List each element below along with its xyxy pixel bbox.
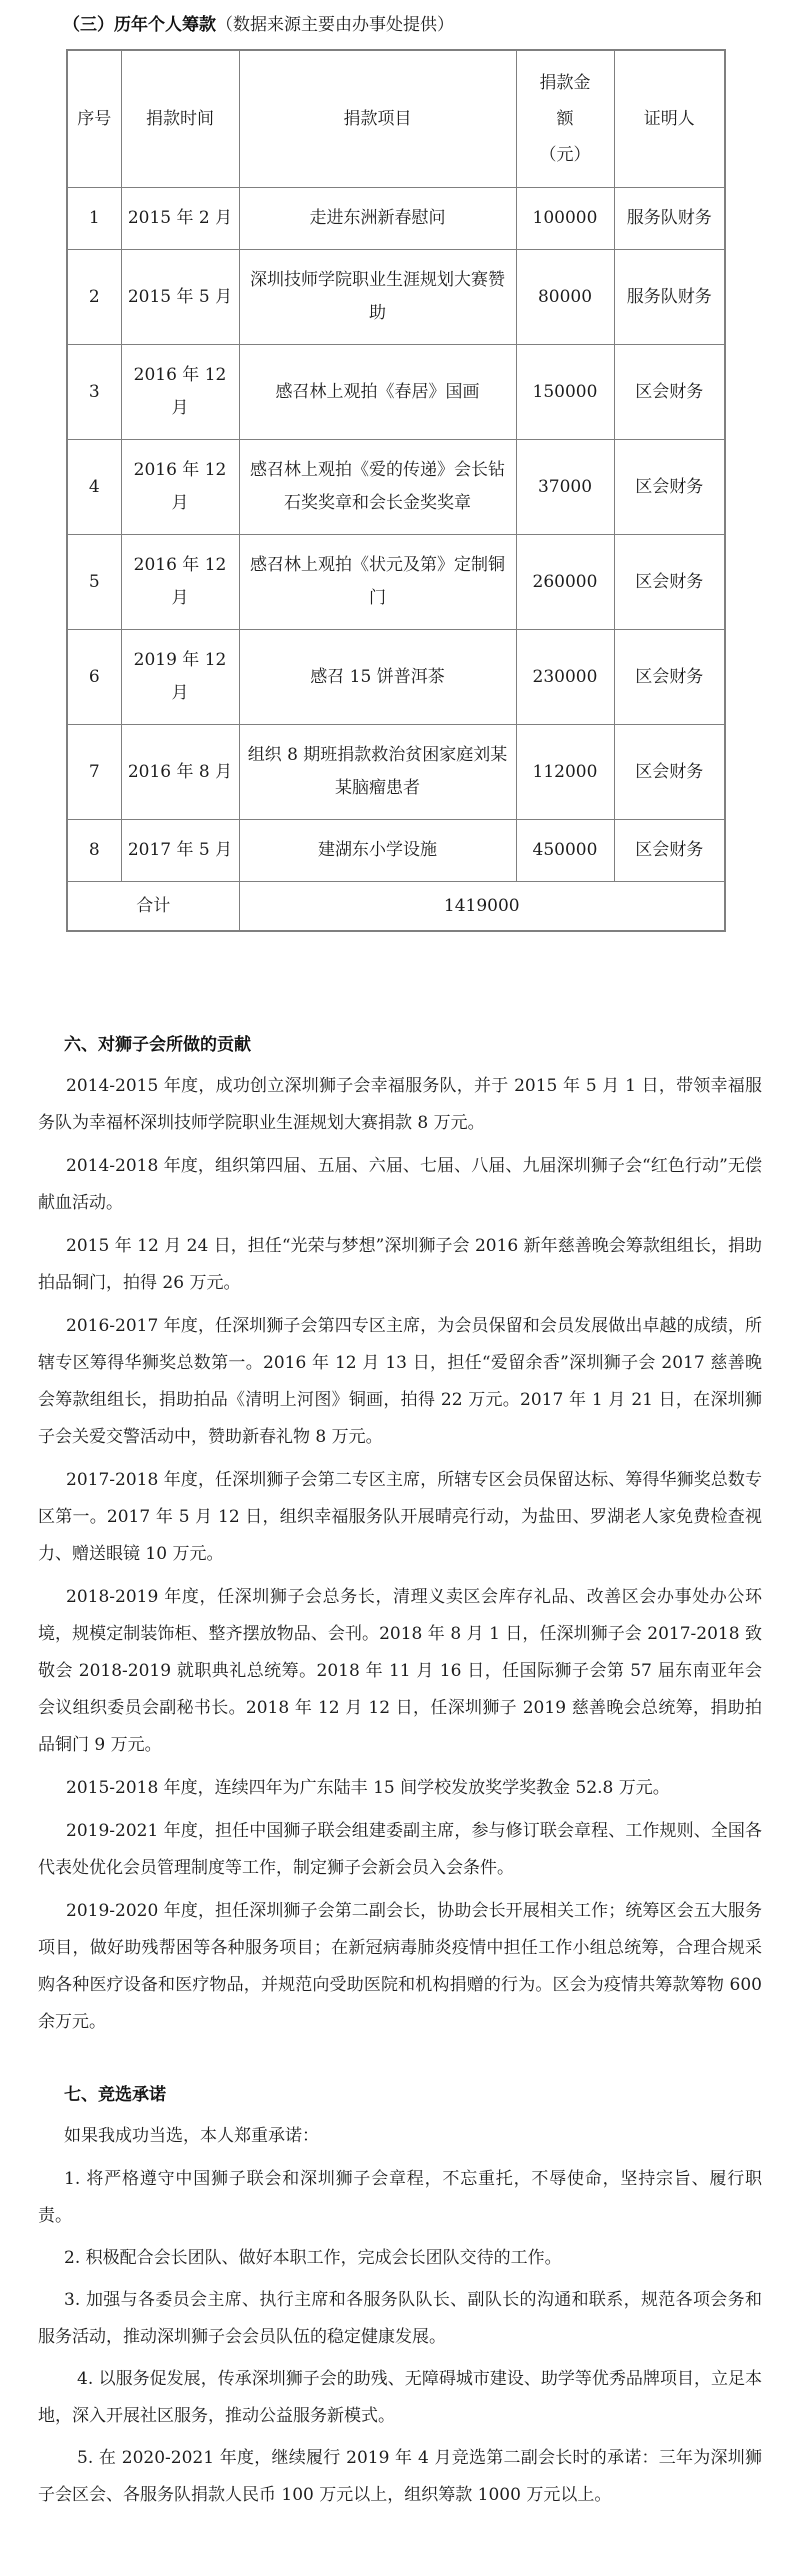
cell-index: 8 xyxy=(67,820,121,882)
cell-witness: 区会财务 xyxy=(614,345,725,440)
promise-intro: 如果我成功当选，本人郑重承诺： xyxy=(38,2118,762,2155)
cell-project: 感召林上观拍《状元及第》定制铜门 xyxy=(239,535,516,630)
cell-time: 2015 年 5 月 xyxy=(121,250,239,345)
section3-title-bold: （三）历年个人筹款 xyxy=(63,15,216,35)
cell-time: 2016 年 8 月 xyxy=(121,725,239,820)
cell-witness: 服务队财务 xyxy=(614,250,725,345)
document-page: （三）历年个人筹款（数据来源主要由办事处提供） 序号 捐款时间 捐款项目 捐款金… xyxy=(0,0,800,2549)
cell-index: 3 xyxy=(67,345,121,440)
cell-project: 感召林上观拍《爱的传递》会长钻石奖奖章和会长金奖奖章 xyxy=(239,440,516,535)
section6-heading: 六、对狮子会所做的贡献 xyxy=(38,1027,762,1064)
cell-time: 2016 年 12 月 xyxy=(121,440,239,535)
cell-project: 感召 15 饼普洱茶 xyxy=(239,630,516,725)
table-header-row: 序号 捐款时间 捐款项目 捐款金额 （元） 证明人 xyxy=(67,50,725,188)
cell-amount: 37000 xyxy=(516,440,614,535)
cell-index: 1 xyxy=(67,188,121,250)
table-row: 6 2019 年 12 月 感召 15 饼普洱茶 230000 区会财务 xyxy=(67,630,725,725)
section-promises: 七、竞选承诺 如果我成功当选，本人郑重承诺： 1. 将严格遵守中国狮子联会和深圳… xyxy=(38,2077,762,2514)
cell-amount: 100000 xyxy=(516,188,614,250)
section-contributions: 六、对狮子会所做的贡献 2014-2015 年度，成功创立深圳狮子会幸福服务队，… xyxy=(38,1027,762,2041)
contrib-paragraph: 2014-2018 年度，组织第四届、五届、六届、七届、八届、九届深圳狮子会“红… xyxy=(38,1148,762,1222)
cell-amount: 150000 xyxy=(516,345,614,440)
header-amount: 捐款金额 （元） xyxy=(516,50,614,188)
header-witness: 证明人 xyxy=(614,50,725,188)
table-row: 2 2015 年 5 月 深圳技师学院职业生涯规划大赛赞助 80000 服务队财… xyxy=(67,250,725,345)
contrib-paragraph: 2016-2017 年度，任深圳狮子会第四专区主席，为会员保留和会员发展做出卓越… xyxy=(38,1308,762,1456)
header-time: 捐款时间 xyxy=(121,50,239,188)
promise-item: 2. 积极配合会长团队、做好本职工作，完成会长团队交待的工作。 xyxy=(38,2240,762,2277)
header-project: 捐款项目 xyxy=(239,50,516,188)
cell-witness: 区会财务 xyxy=(614,630,725,725)
table-row: 5 2016 年 12 月 感召林上观拍《状元及第》定制铜门 260000 区会… xyxy=(67,535,725,630)
section7-heading: 七、竞选承诺 xyxy=(38,2077,762,2114)
cell-amount: 230000 xyxy=(516,630,614,725)
table-row: 3 2016 年 12 月 感召林上观拍《春居》国画 150000 区会财务 xyxy=(67,345,725,440)
total-label: 合计 xyxy=(67,882,239,932)
contrib-paragraph: 2018-2019 年度，任深圳狮子会总务长，清理义卖区会库存礼品、改善区会办事… xyxy=(38,1579,762,1764)
contrib-paragraph: 2019-2020 年度，担任深圳狮子会第二副会长，协助会长开展相关工作；统筹区… xyxy=(38,1893,762,2041)
promise-item: 4. 以服务促发展，传承深圳狮子会的助残、无障碍城市建设、助学等优秀品牌项目，立… xyxy=(38,2361,762,2435)
header-amount-line2: （元） xyxy=(535,137,595,173)
cell-amount: 112000 xyxy=(516,725,614,820)
cell-amount: 450000 xyxy=(516,820,614,882)
cell-amount: 260000 xyxy=(516,535,614,630)
cell-time: 2019 年 12 月 xyxy=(121,630,239,725)
cell-project: 深圳技师学院职业生涯规划大赛赞助 xyxy=(239,250,516,345)
cell-time: 2015 年 2 月 xyxy=(121,188,239,250)
cell-index: 6 xyxy=(67,630,121,725)
section3-title-note: （数据来源主要由办事处提供） xyxy=(216,15,454,35)
total-amount: 1419000 xyxy=(239,882,725,932)
cell-index: 2 xyxy=(67,250,121,345)
contrib-paragraph: 2015-2018 年度，连续四年为广东陆丰 15 间学校发放奖学奖教金 52.… xyxy=(38,1770,762,1807)
cell-project: 组织 8 期班捐款救治贫困家庭刘某某脑瘤患者 xyxy=(239,725,516,820)
contrib-paragraph: 2014-2015 年度，成功创立深圳狮子会幸福服务队，并于 2015 年 5 … xyxy=(38,1068,762,1142)
cell-index: 7 xyxy=(67,725,121,820)
table-row: 7 2016 年 8 月 组织 8 期班捐款救治贫困家庭刘某某脑瘤患者 1120… xyxy=(67,725,725,820)
cell-index: 4 xyxy=(67,440,121,535)
table-row: 8 2017 年 5 月 建湖东小学设施 450000 区会财务 xyxy=(67,820,725,882)
promise-item: 3. 加强与各委员会主席、执行主席和各服务队队长、副队长的沟通和联系，规范各项会… xyxy=(38,2282,762,2356)
cell-project: 建湖东小学设施 xyxy=(239,820,516,882)
cell-time: 2017 年 5 月 xyxy=(121,820,239,882)
contrib-paragraph: 2017-2018 年度，任深圳狮子会第二专区主席，所辖专区会员保留达标、筹得华… xyxy=(38,1462,762,1573)
promise-item: 5. 在 2020-2021 年度，继续履行 2019 年 4 月竞选第二副会长… xyxy=(38,2440,762,2514)
table-row: 4 2016 年 12 月 感召林上观拍《爱的传递》会长钻石奖奖章和会长金奖奖章… xyxy=(67,440,725,535)
table-row: 1 2015 年 2 月 走进东洲新春慰问 100000 服务队财务 xyxy=(67,188,725,250)
cell-witness: 区会财务 xyxy=(614,820,725,882)
header-index: 序号 xyxy=(67,50,121,188)
contrib-paragraph: 2015 年 12 月 24 日，担任“光荣与梦想”深圳狮子会 2016 新年慈… xyxy=(38,1228,762,1302)
cell-time: 2016 年 12 月 xyxy=(121,345,239,440)
cell-index: 5 xyxy=(67,535,121,630)
cell-time: 2016 年 12 月 xyxy=(121,535,239,630)
header-amount-line1: 捐款金额 xyxy=(535,65,595,137)
cell-witness: 服务队财务 xyxy=(614,188,725,250)
contrib-paragraph: 2019-2021 年度，担任中国狮子联会组建委副主席，参与修订联会章程、工作规… xyxy=(38,1813,762,1887)
promise-item: 1. 将严格遵守中国狮子联会和深圳狮子会章程，不忘重托，不辱使命，坚持宗旨、履行… xyxy=(38,2161,762,2235)
cell-witness: 区会财务 xyxy=(614,535,725,630)
section3-title: （三）历年个人筹款（数据来源主要由办事处提供） xyxy=(38,12,762,39)
cell-amount: 80000 xyxy=(516,250,614,345)
cell-witness: 区会财务 xyxy=(614,440,725,535)
cell-witness: 区会财务 xyxy=(614,725,725,820)
donation-table: 序号 捐款时间 捐款项目 捐款金额 （元） 证明人 1 2015 年 2 月 走… xyxy=(66,49,726,932)
cell-project: 走进东洲新春慰问 xyxy=(239,188,516,250)
cell-project: 感召林上观拍《春居》国画 xyxy=(239,345,516,440)
table-total-row: 合计 1419000 xyxy=(67,882,725,932)
